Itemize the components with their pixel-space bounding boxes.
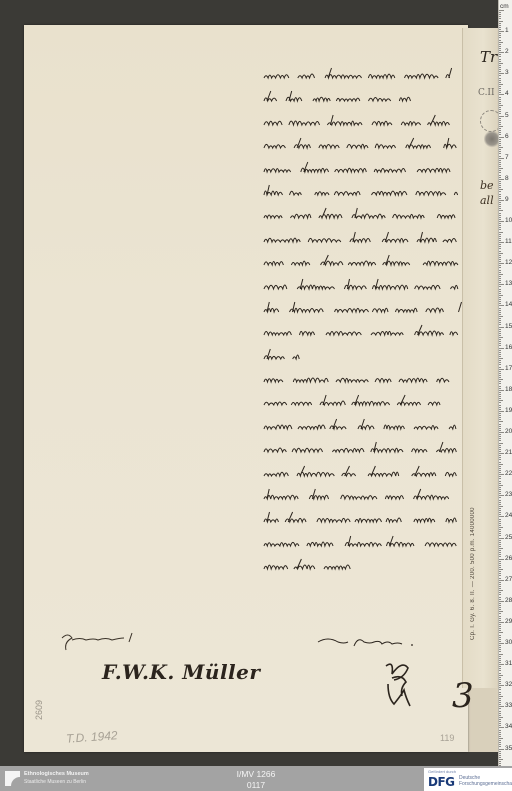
ruler-tick — [499, 493, 501, 494]
ruler-tick — [499, 662, 501, 663]
ruler-tick — [499, 116, 504, 117]
ruler-tick — [499, 204, 501, 205]
ruler-tick — [499, 130, 501, 131]
ruler-tick — [499, 447, 501, 448]
ruler-tick — [499, 367, 501, 368]
ruler-tick — [499, 126, 503, 127]
ruler-tick — [499, 510, 501, 511]
ruler-label: 16 — [505, 344, 512, 351]
ruler-tick — [499, 419, 501, 420]
ruler-tick — [499, 348, 504, 349]
ruler-tick — [499, 719, 501, 720]
ruler-tick — [499, 487, 501, 488]
ruler-tick — [499, 540, 501, 541]
handwritten-line — [262, 251, 462, 274]
ruler-label: 32 — [505, 681, 512, 688]
handwritten-line — [262, 134, 462, 157]
ruler-tick — [499, 67, 501, 68]
ruler-tick — [499, 272, 501, 273]
ruler-tick — [499, 18, 501, 19]
ruler-tick — [499, 301, 501, 302]
ruler-tick — [499, 599, 501, 600]
ruler-tick — [499, 293, 501, 294]
ruler-tick — [499, 468, 501, 469]
ruler-tick — [499, 229, 501, 230]
ruler-tick — [499, 379, 503, 380]
ruler-tick — [499, 586, 501, 587]
ruler-tick — [499, 491, 501, 492]
dfg-logo: Gefördert durch DFG Deutsche Forschungsg… — [424, 768, 512, 791]
ruler-label: 27 — [505, 576, 512, 583]
ruler-tick — [499, 69, 501, 70]
ruler-tick — [499, 464, 503, 465]
ruler-tick — [499, 194, 501, 195]
ruler-label: 7 — [505, 154, 509, 161]
ruler-tick — [499, 476, 501, 477]
ruler-label: 23 — [505, 491, 512, 498]
ruler-tick — [499, 538, 504, 539]
ruler-tick — [499, 700, 501, 701]
ruler-tick — [499, 248, 501, 249]
ruler-tick — [499, 210, 503, 211]
ruler-tick — [499, 137, 504, 138]
ruler-tick — [499, 740, 501, 741]
ruler-tick — [499, 274, 503, 275]
ruler-tick — [499, 605, 501, 606]
ruler-tick — [499, 715, 501, 716]
ruler-tick — [499, 35, 501, 36]
ruler-tick — [499, 398, 501, 399]
ruler-tick — [499, 166, 501, 167]
ruler-label: 8 — [505, 175, 509, 182]
ruler-tick — [499, 128, 501, 129]
ruler-tick — [499, 261, 501, 262]
ruler-tick — [499, 565, 501, 566]
ruler-unit: cm — [500, 3, 509, 10]
ruler-tick — [499, 46, 501, 47]
ruler-label: 29 — [505, 618, 512, 625]
ruler-tick — [499, 759, 503, 760]
handwritten-line — [262, 508, 462, 531]
ruler-tick — [499, 297, 501, 298]
ruler-tick — [499, 725, 501, 726]
ruler-tick — [499, 105, 503, 106]
ruler-tick — [499, 71, 501, 72]
ruler-tick — [499, 746, 501, 747]
ruler-tick — [499, 704, 501, 705]
ruler-tick — [499, 489, 501, 490]
ruler-tick — [499, 440, 501, 441]
ruler-tick — [499, 453, 504, 454]
ruler-tick — [499, 519, 501, 520]
ruler-tick — [499, 88, 501, 89]
ruler-tick — [499, 253, 503, 254]
ruler-tick — [499, 421, 503, 422]
ruler-tick — [499, 580, 504, 581]
ruler-tick — [499, 213, 501, 214]
ruler-tick — [499, 552, 501, 553]
ruler-label: 1 — [505, 27, 509, 34]
ruler-tick — [499, 563, 501, 564]
ruler-tick — [499, 618, 501, 619]
ruler-tick — [499, 223, 501, 224]
ruler-tick — [499, 16, 501, 17]
funder-name-line2: Forschungsgemeinschaft — [459, 781, 512, 787]
ruler-tick — [499, 37, 501, 38]
handwritten-line — [262, 368, 462, 391]
ruler-tick — [499, 270, 501, 271]
ruler-tick — [499, 29, 501, 30]
ruler-label: 30 — [505, 639, 512, 646]
ruler-tick — [499, 732, 501, 733]
ruler-tick — [499, 734, 501, 735]
ruler-tick — [499, 177, 501, 178]
ruler-tick — [499, 668, 501, 669]
ruler-tick — [499, 626, 501, 627]
ruler-tick — [499, 179, 504, 180]
ruler-tick — [499, 352, 501, 353]
ruler-tick — [499, 308, 501, 309]
ruler-tick — [499, 472, 501, 473]
handwritten-line — [262, 438, 462, 461]
ruler-tick — [499, 183, 501, 184]
ruler-tick — [499, 291, 501, 292]
ruler-tick — [499, 314, 501, 315]
ruler-tick — [499, 639, 501, 640]
ruler-tick — [499, 717, 503, 718]
ruler-tick — [499, 434, 501, 435]
ruler-tick — [499, 118, 501, 119]
ruler-tick — [499, 514, 501, 515]
ruler-tick — [499, 232, 503, 233]
ruler-tick — [499, 556, 501, 557]
ruler-tick — [499, 396, 501, 397]
handwritten-line — [262, 111, 462, 134]
ruler-tick — [499, 635, 501, 636]
ruler-tick — [499, 259, 501, 260]
cm-ruler: cm 1234567891011121314151617181920212223… — [498, 0, 512, 766]
ruler-tick — [499, 550, 501, 551]
ruler-tick — [499, 504, 501, 505]
ruler-tick — [499, 677, 501, 678]
pencil-note-page: 119 — [440, 733, 454, 743]
ruler-tick — [499, 702, 501, 703]
ruler-tick — [499, 749, 504, 750]
ruler-tick — [499, 381, 501, 382]
ruler-label: 19 — [505, 407, 512, 414]
ruler-tick — [499, 742, 501, 743]
ruler-tick — [499, 603, 501, 604]
ruler-tick — [499, 202, 501, 203]
ruler-tick — [499, 571, 501, 572]
ruler-tick — [499, 156, 501, 157]
ruler-label: 3 — [505, 69, 509, 76]
ruler-tick — [499, 656, 501, 657]
ruler-tick — [499, 327, 504, 328]
ruler-tick — [499, 609, 501, 610]
ruler-tick — [499, 407, 501, 408]
ruler-tick — [499, 151, 501, 152]
ruler-tick — [499, 48, 501, 49]
ruler-label: 11 — [505, 238, 512, 245]
ruler-tick — [499, 753, 501, 754]
ruler-tick — [499, 424, 501, 425]
ruler-tick — [499, 567, 501, 568]
ruler-tick — [499, 455, 501, 456]
closing-phrase-right — [316, 632, 436, 652]
ruler-tick — [499, 358, 503, 359]
ruler-tick — [499, 191, 501, 192]
ruler-tick — [499, 685, 504, 686]
handwritten-line — [262, 532, 462, 555]
ruler-tick — [499, 601, 504, 602]
ruler-tick — [499, 181, 501, 182]
ruler-tick — [499, 624, 501, 625]
ruler-tick — [499, 409, 501, 410]
ruler-tick — [499, 278, 501, 279]
ruler-tick — [499, 158, 504, 159]
folio-number: 3 — [452, 676, 474, 716]
ruler-tick — [499, 339, 501, 340]
ruler-tick — [499, 744, 501, 745]
ruler-label: 26 — [505, 555, 512, 562]
ruler-tick — [499, 426, 501, 427]
ruler-tick — [499, 531, 501, 532]
ruler-tick — [499, 616, 501, 617]
ruler-tick — [499, 546, 501, 547]
ruler-tick — [499, 208, 501, 209]
ruler-tick — [499, 141, 501, 142]
handwritten-line — [262, 204, 462, 227]
handwritten-line — [262, 345, 462, 368]
ruler-tick — [499, 400, 503, 401]
ruler-tick — [499, 362, 501, 363]
ruler-tick — [499, 660, 501, 661]
handwritten-line — [262, 275, 462, 298]
ruler-tick — [499, 305, 504, 306]
ruler-tick — [499, 449, 501, 450]
ruler-tick — [499, 611, 503, 612]
ruler-tick — [499, 529, 501, 530]
ruler-label: 13 — [505, 280, 512, 287]
ruler-tick — [499, 597, 501, 598]
ruler-tick — [499, 75, 501, 76]
ruler-tick — [499, 82, 501, 83]
ruler-tick — [499, 647, 501, 648]
ruler-tick — [499, 78, 501, 79]
ruler-tick — [499, 92, 501, 93]
slip-note-line: all — [480, 193, 494, 208]
ruler-tick — [499, 40, 501, 41]
ruler-tick — [499, 554, 501, 555]
ruler-tick — [499, 335, 501, 336]
ruler-tick — [499, 736, 501, 737]
ruler-tick — [499, 333, 501, 334]
ruler-tick — [499, 52, 504, 53]
ruler-tick — [499, 263, 504, 264]
ruler-tick — [499, 12, 501, 13]
letter-body — [262, 64, 462, 579]
ruler-tick — [499, 445, 501, 446]
ruler-tick — [499, 497, 501, 498]
ruler-tick — [499, 217, 501, 218]
ruler-tick — [499, 187, 501, 188]
ruler-tick — [499, 99, 501, 100]
ruler-tick — [499, 641, 501, 642]
ruler-tick — [499, 643, 504, 644]
ruler-tick — [499, 711, 501, 712]
ruler-tick — [499, 573, 501, 574]
scan-viewer: Tr C.II be all Cp. I. Gy. 6. 8. II. — 20… — [0, 0, 512, 766]
ruler-tick — [499, 559, 504, 560]
ruler-tick — [499, 244, 501, 245]
ruler-tick — [499, 594, 501, 595]
ruler-tick — [499, 630, 501, 631]
ruler-tick — [499, 312, 501, 313]
ruler-tick — [499, 405, 501, 406]
ruler-tick — [499, 502, 501, 503]
ruler-tick — [499, 500, 501, 501]
ruler-tick — [499, 761, 501, 762]
stamp-text: C.II — [478, 88, 495, 98]
ruler-tick — [499, 23, 501, 24]
ruler-tick — [499, 185, 501, 186]
ruler-tick — [499, 139, 501, 140]
ruler-tick — [499, 386, 501, 387]
ruler-label: 24 — [505, 512, 512, 519]
ruler-tick — [499, 683, 501, 684]
ruler-tick — [499, 578, 501, 579]
ruler-tick — [499, 61, 501, 62]
ruler-tick — [499, 164, 501, 165]
ruler-tick — [499, 457, 501, 458]
funder-label: Gefördert durch — [428, 769, 456, 774]
ruler-tick — [499, 196, 501, 197]
ruler-tick — [499, 607, 501, 608]
ruler-tick — [499, 149, 501, 150]
ruler-tick — [499, 257, 501, 258]
closing-phrase-left — [60, 630, 140, 654]
ruler-tick — [499, 478, 501, 479]
ruler-tick — [499, 246, 501, 247]
handwritten-line — [262, 485, 462, 508]
ruler-tick — [499, 111, 501, 112]
ruler-tick — [499, 679, 501, 680]
ruler-tick — [499, 443, 503, 444]
ruler-tick — [499, 698, 501, 699]
ruler-tick — [499, 219, 501, 220]
ruler-tick — [499, 329, 501, 330]
handwritten-line — [262, 555, 462, 578]
ruler-tick — [499, 345, 501, 346]
slip-note: be all — [480, 178, 494, 208]
ruler-tick — [499, 354, 501, 355]
ruler-tick — [499, 459, 501, 460]
ruler-tick — [499, 221, 504, 222]
handwritten-line — [262, 391, 462, 414]
ruler-tick — [499, 483, 501, 484]
ruler-tick — [499, 122, 501, 123]
ruler-tick — [499, 622, 504, 623]
ruler-tick — [499, 162, 501, 163]
ruler-tick — [499, 394, 501, 395]
ruler-label: 12 — [505, 259, 512, 266]
ruler-tick — [499, 27, 501, 28]
ruler-tick — [499, 103, 501, 104]
ruler-tick — [499, 280, 501, 281]
ruler-tick — [499, 59, 501, 60]
ruler-label: 4 — [505, 90, 509, 97]
ruler-tick — [499, 65, 501, 66]
ruler-tick — [499, 109, 501, 110]
ruler-label: 20 — [505, 428, 512, 435]
ruler-tick — [499, 198, 501, 199]
ruler-tick — [499, 485, 503, 486]
ruler-tick — [499, 107, 501, 108]
ruler-tick — [499, 508, 501, 509]
ruler-tick — [499, 170, 501, 171]
ruler-tick — [499, 689, 501, 690]
ruler-tick — [499, 628, 501, 629]
ruler-tick — [499, 582, 501, 583]
ruler-tick — [499, 588, 501, 589]
ruler-tick — [499, 651, 501, 652]
ruler-tick — [499, 525, 501, 526]
ruler-tick — [499, 466, 501, 467]
slip-title: Tr — [480, 48, 497, 66]
ruler-tick — [499, 101, 501, 102]
ruler-tick — [499, 238, 501, 239]
ruler-tick — [499, 286, 501, 287]
ruler-tick — [499, 320, 501, 321]
ruler-label: 6 — [505, 133, 509, 140]
ruler-tick — [499, 54, 501, 55]
ruler-tick — [499, 364, 501, 365]
ruler-tick — [499, 175, 501, 176]
ruler-tick — [499, 132, 501, 133]
ruler-tick — [499, 584, 501, 585]
ruler-tick — [499, 544, 501, 545]
ruler-tick — [499, 474, 504, 475]
ruler-tick — [499, 356, 501, 357]
ruler-tick — [499, 341, 501, 342]
ruler-tick — [499, 42, 503, 43]
ruler-tick — [499, 590, 503, 591]
footer-bar: Ethnologisches Museum Staatliche Museen … — [0, 766, 512, 791]
ruler-tick — [499, 267, 501, 268]
dfg-mark-icon: DFG — [428, 775, 455, 789]
ruler-tick — [499, 14, 501, 15]
ruler-tick — [499, 388, 501, 389]
ruler-tick — [499, 521, 501, 522]
handwritten-line — [262, 64, 462, 87]
ruler-tick — [499, 10, 504, 11]
ruler-tick — [499, 251, 501, 252]
ruler-tick — [499, 124, 501, 125]
ruler-tick — [499, 97, 501, 98]
ruler-tick — [499, 373, 501, 374]
ruler-tick — [499, 516, 504, 517]
ruler-label: 28 — [505, 597, 512, 604]
ruler-tick — [499, 168, 503, 169]
ruler-tick — [499, 428, 501, 429]
slip-printed-form-text: Cp. I. Gy. 6. 8. II. — 200. 500 p.m. 140… — [470, 420, 484, 640]
ruler-tick — [499, 225, 501, 226]
ruler-tick — [499, 451, 501, 452]
ruler-tick — [499, 377, 501, 378]
ruler-tick — [499, 369, 504, 370]
ruler-tick — [499, 432, 504, 433]
